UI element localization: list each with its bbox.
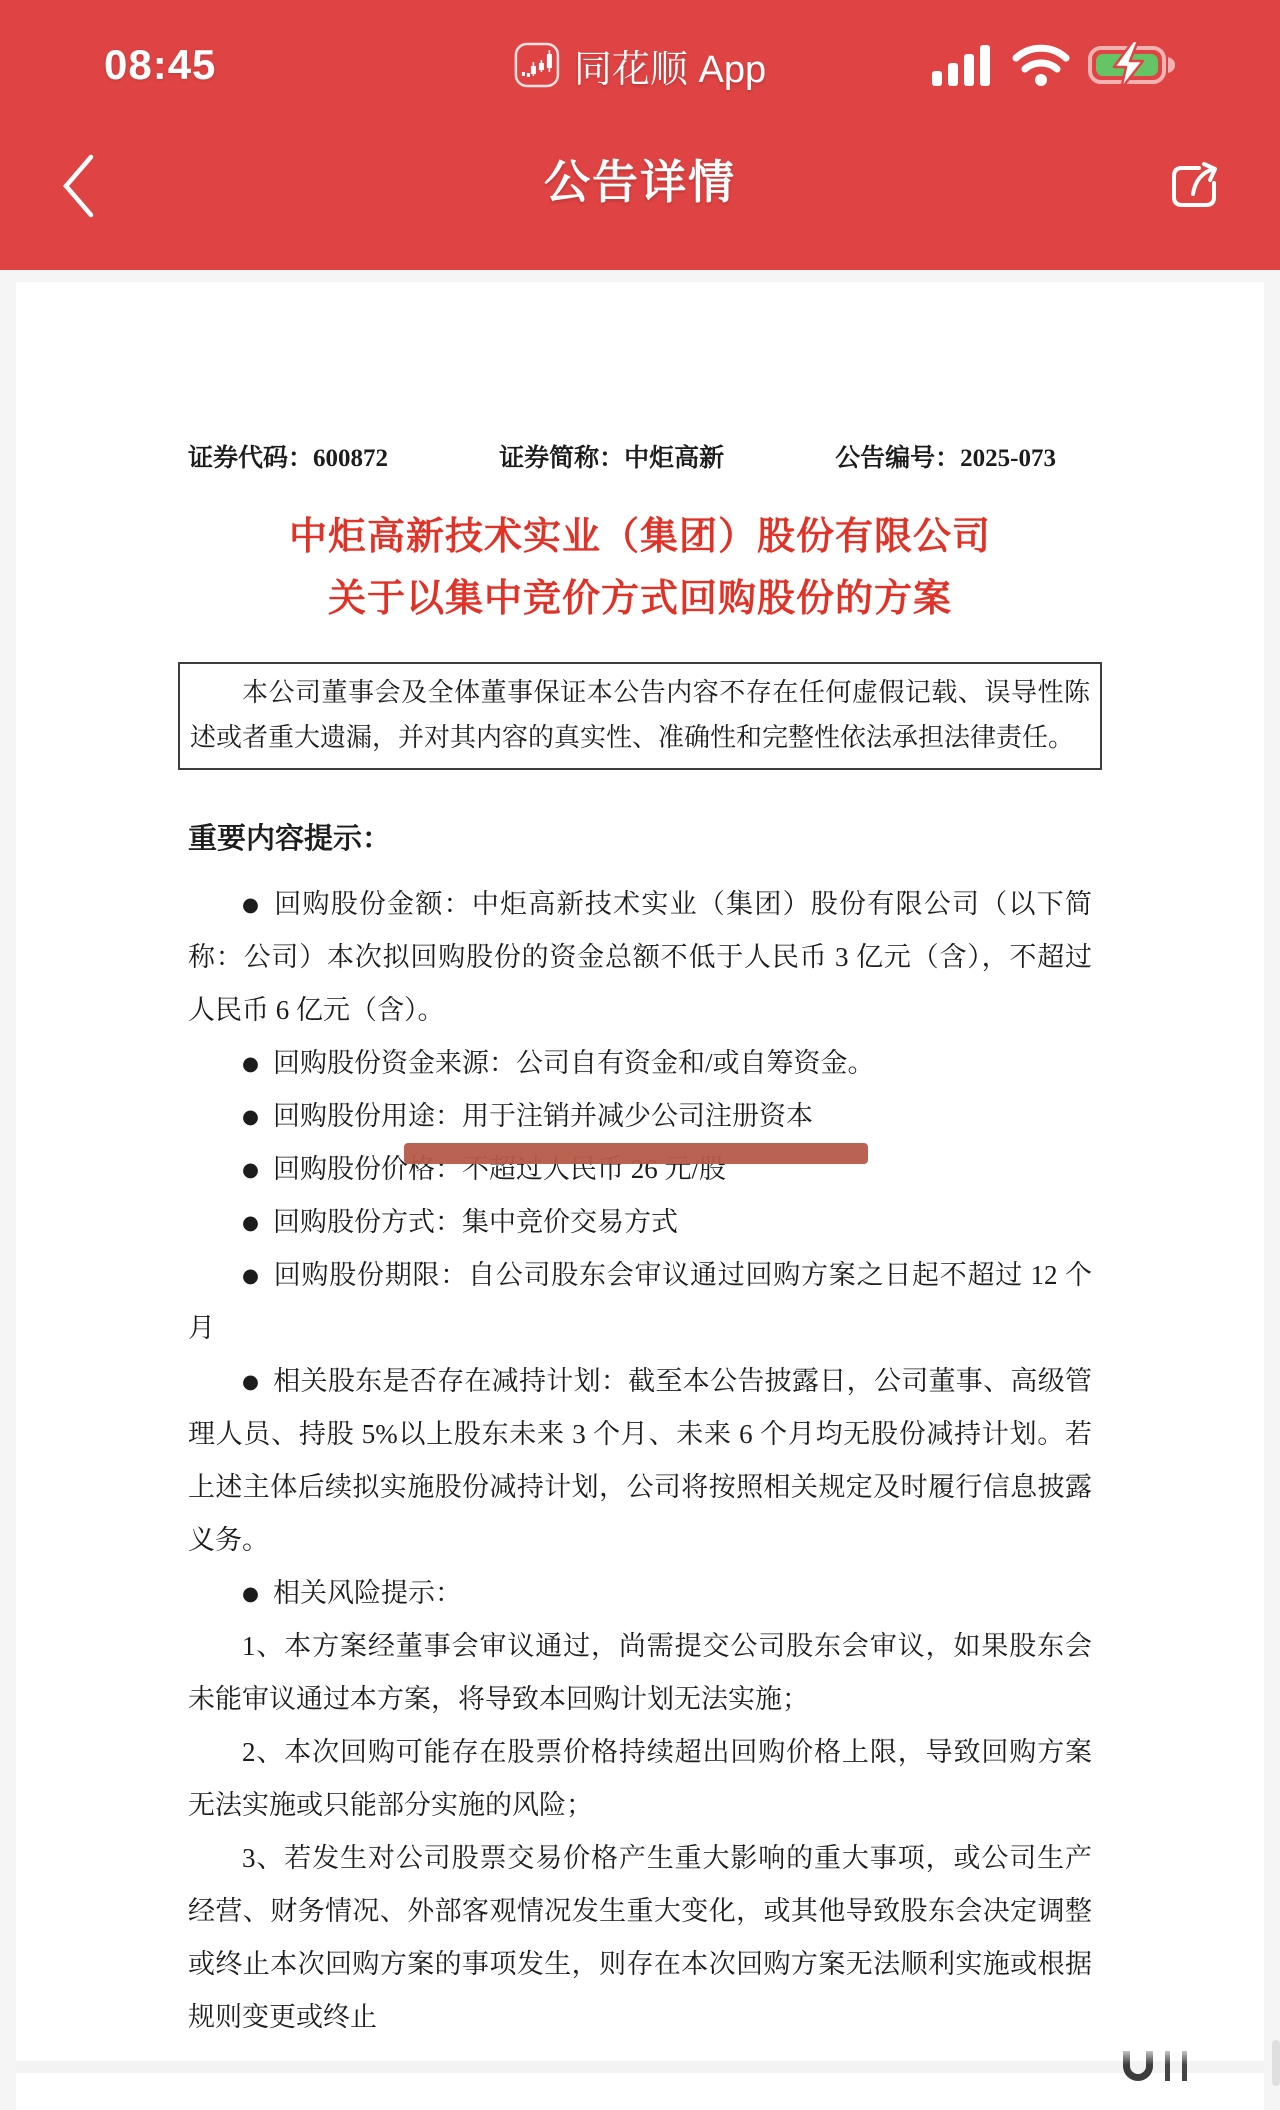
- ths-app-icon: [514, 42, 560, 88]
- bullet-dot: ●: [242, 1158, 259, 1181]
- highlight-marker: [404, 1143, 868, 1164]
- share-button[interactable]: [1166, 159, 1222, 213]
- announcement-number: 公告编号：2025-073: [835, 442, 1056, 476]
- doc-header-row: 证券代码：600872 证券简称：中炬高新 公告编号：2025-073: [188, 442, 1056, 476]
- disclaimer-box: 本公司董事会及全体董事保证本公告内容不存在任何虚假记载、误导性陈述或者重大遗漏，…: [178, 662, 1102, 770]
- artifact-bar: [1182, 2051, 1187, 2081]
- nav-bar: 公告详情: [0, 100, 1280, 258]
- cellular-signal-icon: [932, 43, 994, 87]
- bullet-item: ●回购股份用途：用于注销并减少公司注册资本: [188, 1090, 1092, 1143]
- bullet-dot: ●: [242, 1052, 259, 1075]
- doc-title-line2: 关于以集中竞价方式回购股份的方案: [16, 574, 1264, 624]
- back-chevron-icon: [60, 153, 96, 219]
- back-button[interactable]: [60, 153, 96, 219]
- doc-body: ●回购股份金额：中炬高新技术实业（集团）股份有限公司（以下简称：公司）本次拟回购…: [188, 878, 1092, 2044]
- app-header: 08:45 同花顺 App: [0, 0, 1280, 270]
- document-card: 证券代码：600872 证券简称：中炬高新 公告编号：2025-073 中炬高新…: [16, 282, 1264, 2110]
- risk-paragraph: 2、本次回购可能存在股票价格持续超出回购价格上限，导致回购方案无法实施或只能部分…: [188, 1726, 1092, 1832]
- app-badge[interactable]: 同花顺 App: [514, 30, 766, 100]
- risk-paragraph: 3、若发生对公司股票交易价格产生重大影响的重大事项，或公司生产经营、财务情况、外…: [188, 1832, 1092, 2044]
- bullet-dot: ●: [242, 1264, 260, 1287]
- risk-paragraph: 1、本方案经董事会审议通过，尚需提交公司股东会审议，如果股东会未能审议通过本方案…: [188, 1620, 1092, 1726]
- app-label: 同花顺 App: [574, 38, 766, 93]
- artifact-bar: [1165, 2051, 1170, 2081]
- page-title: 公告详情: [544, 146, 736, 212]
- stock-name: 证券简称：中炬高新: [499, 442, 724, 476]
- bullet-dot: ●: [242, 893, 260, 916]
- disclaimer-text: 本公司董事会及全体董事保证本公告内容不存在任何虚假记载、误导性陈述或者重大遗漏，…: [190, 670, 1090, 760]
- bullet-item: ●回购股份金额：中炬高新技术实业（集团）股份有限公司（以下简称：公司）本次拟回购…: [188, 878, 1092, 1037]
- bullet-dot: ●: [242, 1370, 259, 1393]
- battery-charging-icon: [1088, 40, 1180, 90]
- bullet-dot: ●: [242, 1582, 259, 1605]
- wifi-icon: [1012, 43, 1070, 87]
- doc-title-line1: 中炬高新技术实业（集团）股份有限公司: [16, 512, 1264, 562]
- scrollbar-thumb[interactable]: [1272, 2040, 1280, 2086]
- bullet-item: ●回购股份期限：自公司股东会审议通过回购方案之日起不超过 12 个月: [188, 1249, 1092, 1355]
- status-time: 08:45: [104, 41, 216, 89]
- bullet-item: ●回购股份资金来源：公司自有资金和/或自筹资金。: [188, 1037, 1092, 1090]
- section-heading: 重要内容提示：: [188, 822, 1092, 856]
- cutoff-text-artifact: [1123, 2045, 1201, 2081]
- stock-code: 证券代码：600872: [188, 442, 388, 476]
- bullet-item: ●相关股东是否存在减持计划：截至本公告披露日，公司董事、高级管理人员、持股 5%…: [188, 1355, 1092, 1567]
- page-separator: [16, 2061, 1264, 2073]
- bullet-dot: ●: [242, 1211, 259, 1234]
- artifact-u-glyph: [1123, 2051, 1153, 2081]
- share-icon: [1166, 159, 1222, 213]
- status-bar: 08:45 同花顺 App: [0, 0, 1280, 100]
- status-icons: [932, 40, 1180, 90]
- bullet-item: ●相关风险提示：: [188, 1567, 1092, 1620]
- bullet-item: ●回购股份方式：集中竞价交易方式: [188, 1196, 1092, 1249]
- bullet-dot: ●: [242, 1105, 259, 1128]
